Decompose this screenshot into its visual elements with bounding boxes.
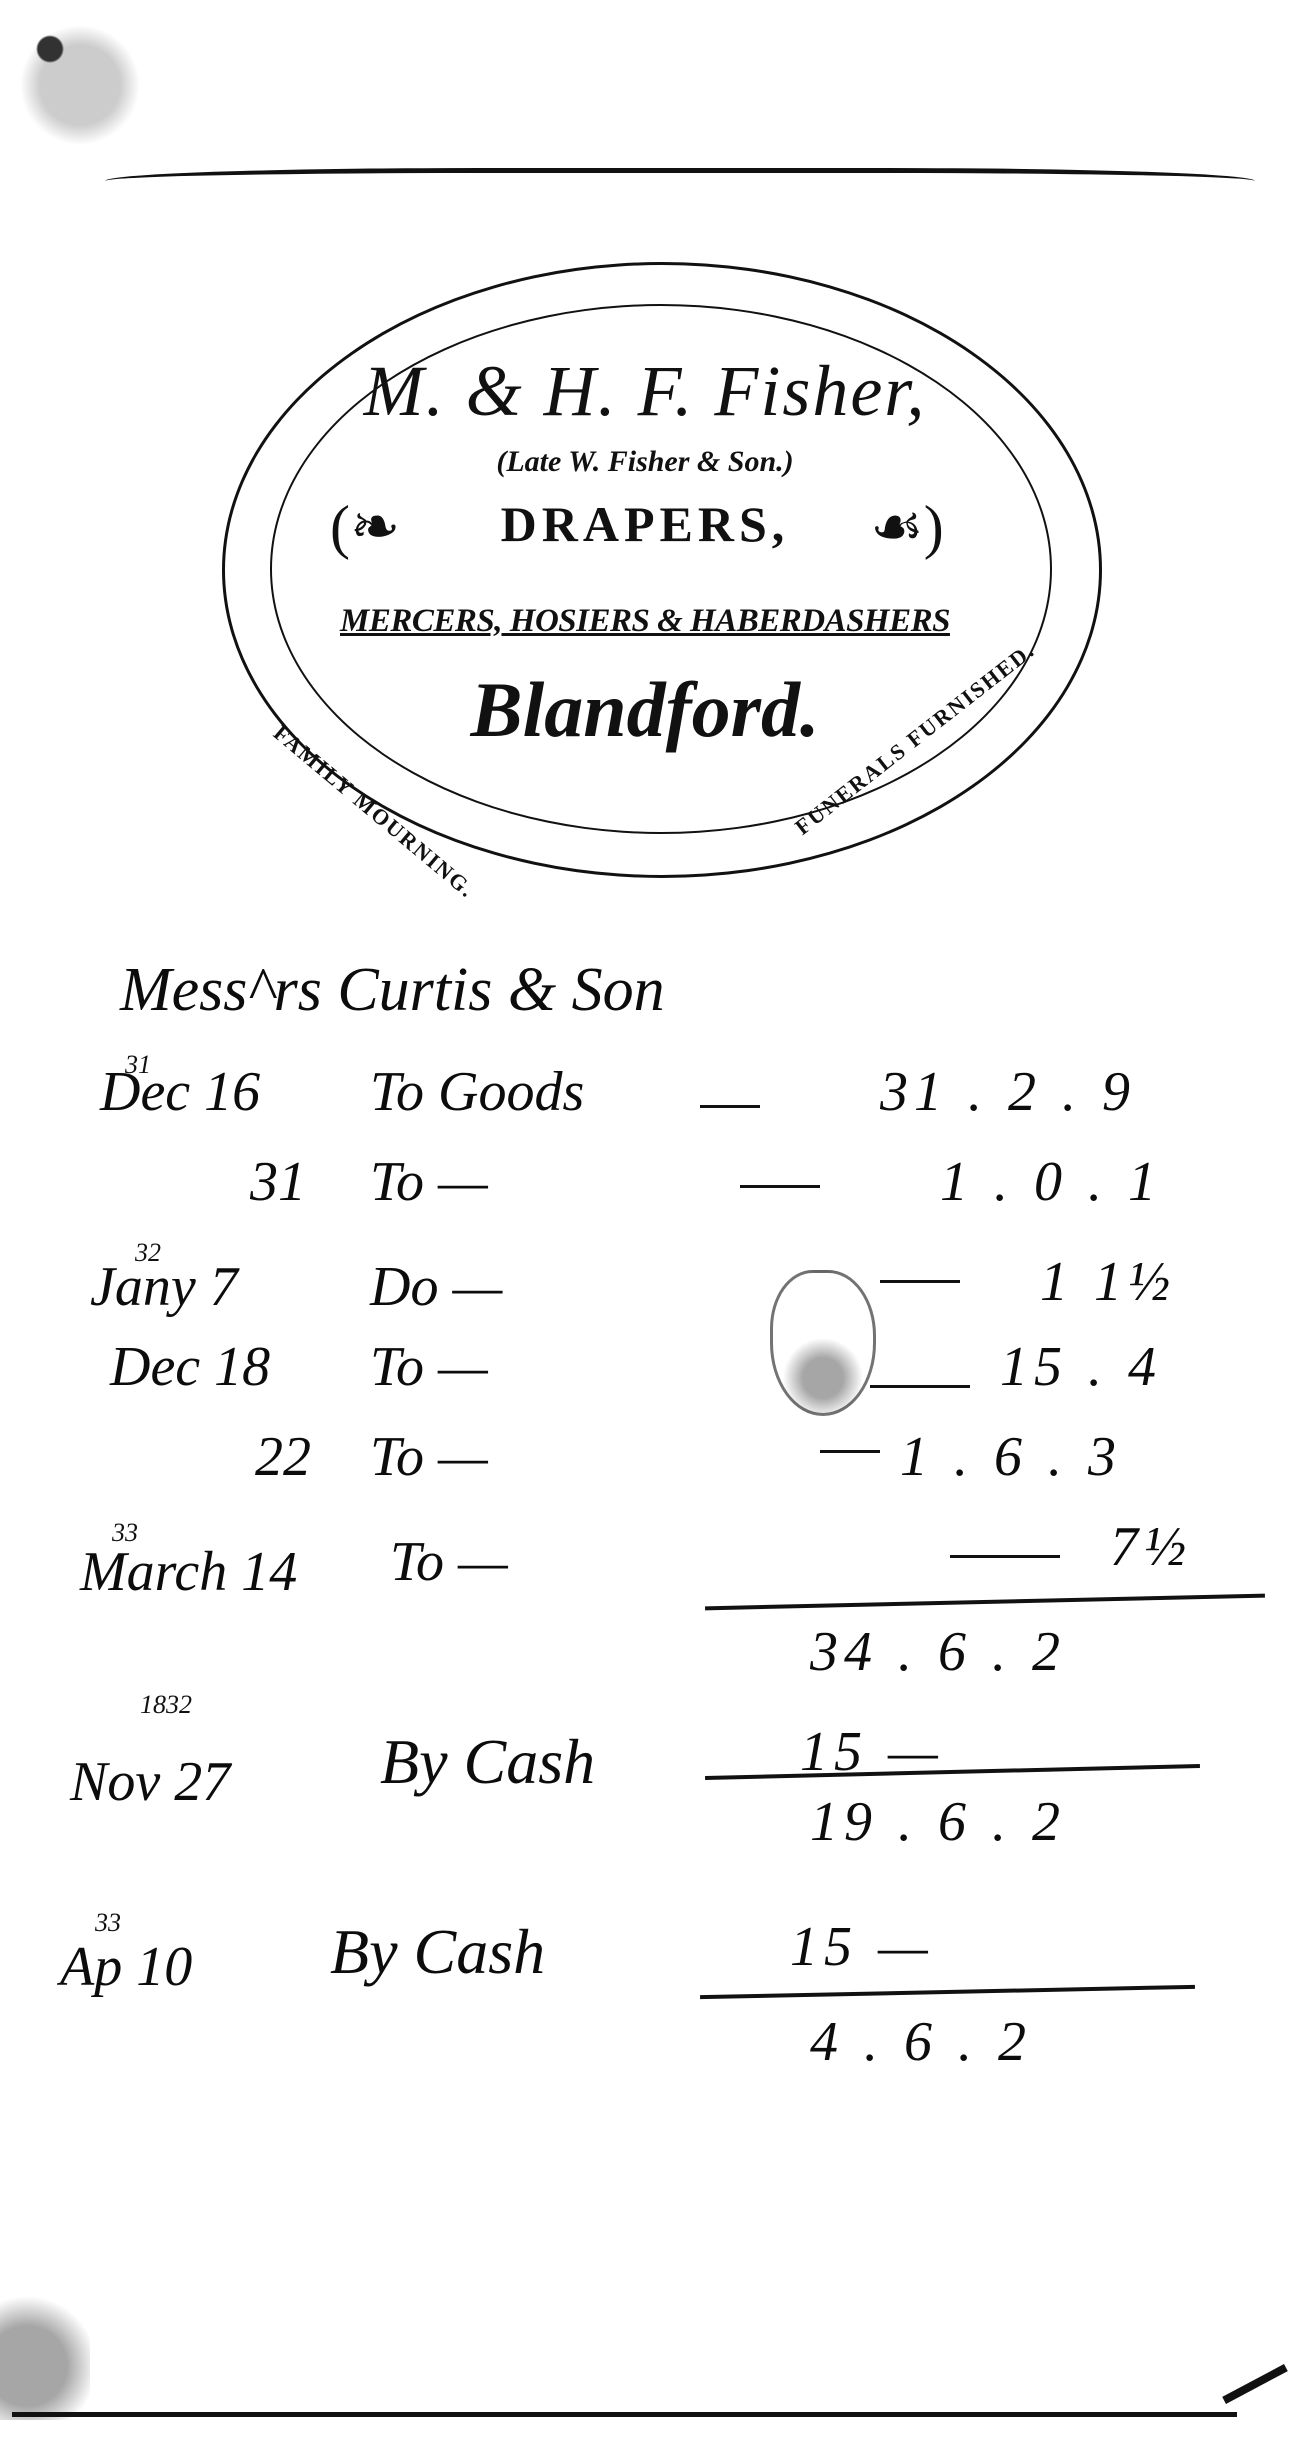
leader-dash [870,1385,970,1388]
firm-predecessor: (Late W. Fisher & Son.) [0,445,1290,479]
flourish-icon: ☙) [870,492,944,562]
leader-dash [700,1105,760,1108]
payment-date: Ap 10 [60,1935,192,1999]
primary-trade: DRAPERS, [0,495,1290,553]
entry-description: To — [370,1150,488,1214]
paper-stain [0,2240,90,2420]
leader-dash [880,1280,960,1283]
bottom-edge-rule [12,2412,1237,2417]
payment-date: Nov 27 [70,1750,230,1814]
payment-description: By Cash [330,1915,545,1989]
addressee: Mess^rs Curtis & Son [120,955,665,1026]
entry-amount: 1 1½ [1040,1250,1176,1314]
entry-date: Dec 18 [110,1335,270,1399]
entry-description: To Goods [370,1060,584,1124]
entry-description: To — [370,1425,488,1489]
balance-rule [700,1985,1195,1999]
payment-amount: 15 — [790,1915,934,1979]
leader-dash [950,1555,1060,1558]
entry-amount: 1 . 6 . 3 [900,1425,1122,1489]
balance-amount: 4 . 6 . 2 [810,2010,1032,2074]
entry-date: Dec 16 [100,1060,260,1124]
trades-line: MERCERS, HOSIERS & HABERDASHERS [0,603,1290,640]
paper-stain [20,25,220,145]
leader-dash [820,1450,880,1453]
entry-date: March 14 [80,1540,297,1604]
firm-name: M. & H. F. Fisher, [0,350,1290,433]
entry-amount: 15 . 4 [1000,1335,1162,1399]
subtotal-amount: 34 . 6 . 2 [810,1620,1066,1684]
subtotal-rule [705,1594,1265,1611]
entry-description: To — [370,1335,488,1399]
balance-rule [705,1764,1200,1780]
entry-amount: 1 . 0 . 1 [940,1150,1162,1214]
entry-date: 22 [255,1425,311,1489]
bill-page: M. & H. F. Fisher, (Late W. Fisher & Son… [0,0,1290,2448]
top-edge-rule [105,168,1255,181]
entry-date: Jany 7 [90,1255,238,1319]
year-superscript: 1832 [140,1690,192,1720]
entry-description: To — [390,1530,508,1594]
corner-tear [1222,2364,1288,2404]
balance-amount: 19 . 6 . 2 [810,1790,1066,1854]
entry-amount: 7½ [1110,1515,1192,1579]
town-name: Blandford. [0,665,1290,755]
entry-amount: 31 . 2 . 9 [880,1060,1136,1124]
entry-description: Do — [370,1255,502,1319]
year-superscript: 33 [95,1908,121,1938]
leader-dash [740,1185,820,1188]
entry-date: 31 [250,1150,306,1214]
payment-description: By Cash [380,1725,595,1799]
ink-blot [770,1270,876,1416]
